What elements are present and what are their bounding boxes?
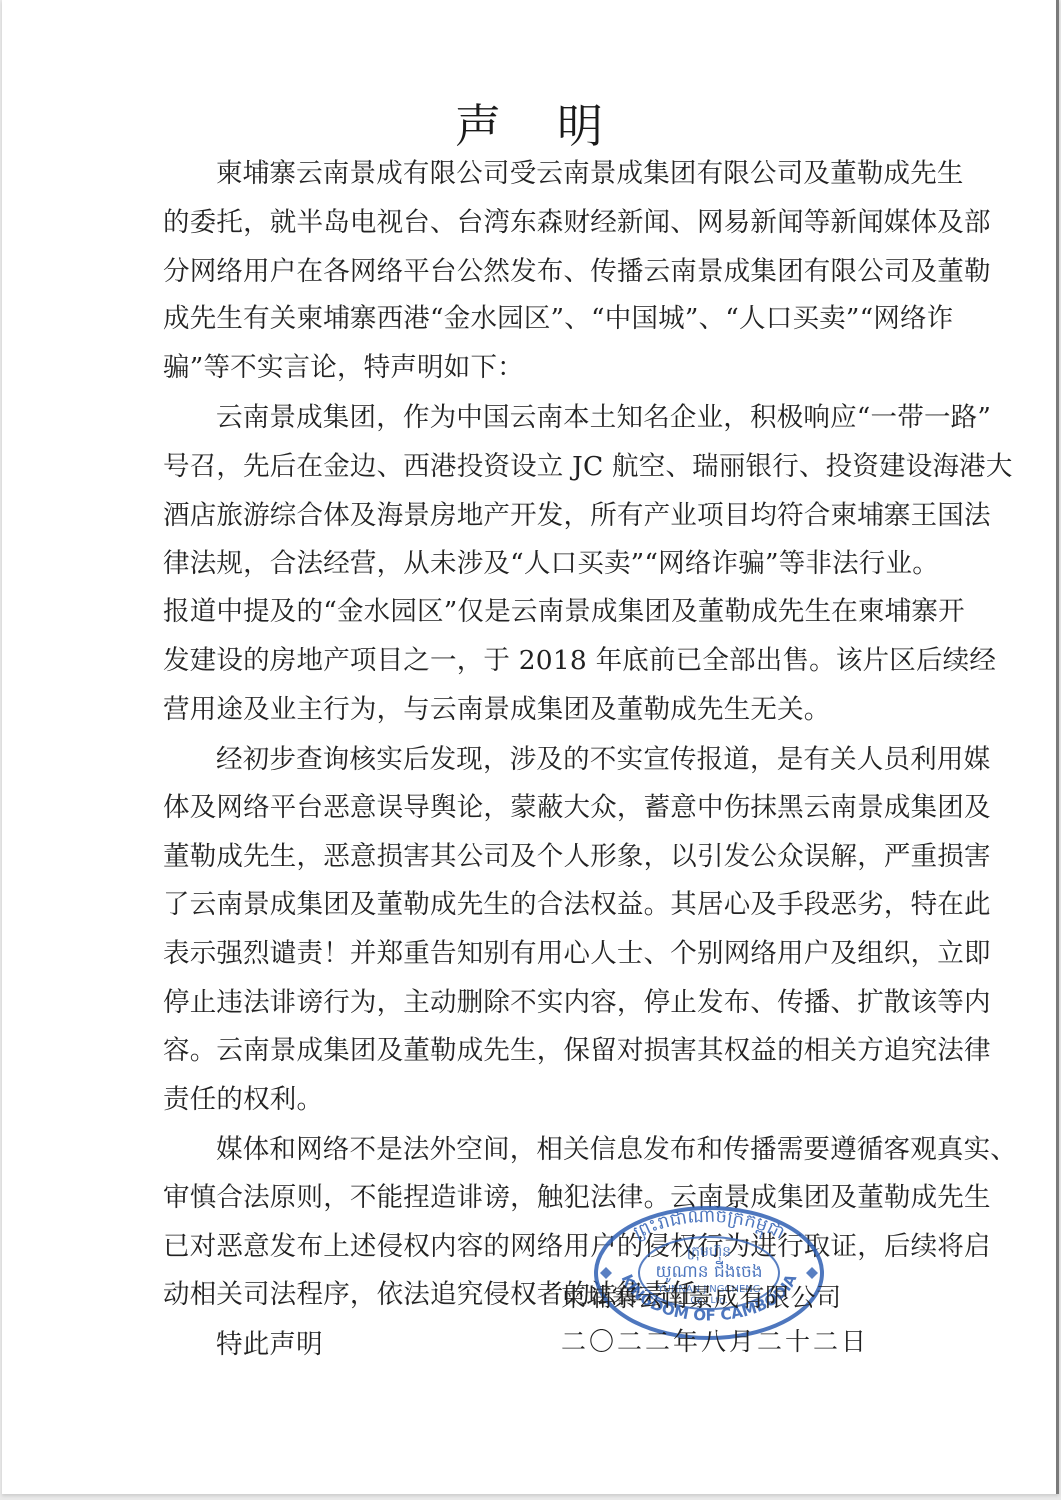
paragraph-line: 审慎合法原则，不能捏造诽谤，触犯法律。云南景成集团及董勒成先生 [163, 1178, 991, 1218]
paragraph-line: 停止违法诽谤行为，主动删除不实内容，停止发布、传播、扩散该等内 [163, 983, 991, 1023]
paragraph-line: 营用途及业主行为，与云南景成集团及董勒成先生无关。 [163, 690, 831, 730]
paragraph-line: 体及网络平台恶意误导舆论，蒙蔽大众，蓄意中伤抹黑云南景成集团及 [163, 788, 991, 828]
paragraph-line: 了云南景成集团及董勒成先生的合法权益。其居心及手段恶劣，特在此 [163, 885, 991, 925]
paragraph-first-line: 特此声明 [216, 1325, 323, 1365]
paragraph-line: 的委托，就半岛电视台、台湾东森财经新闻、网易新闻等新闻媒体及部 [163, 203, 991, 243]
signature-date: 二〇二二年八月二十二日 [561, 1322, 869, 1358]
paragraph-line: 发建设的房地产项目之一，于 2018 年底前已全部出售。该片区后续经 [163, 641, 996, 681]
paragraph-line: 骗”等不实言论，特声明如下： [163, 348, 524, 388]
paragraph-line: 容。云南景成集团及董勒成先生，保留对损害其权益的相关方追究法律 [163, 1031, 991, 1071]
document-page: 声明 柬埔寨云南景成有限公司受云南景成集团有限公司及董勒成先生的委托，就半岛电视… [2, 0, 1059, 1494]
paragraph-line: 成先生有关柬埔寨西港“金水园区”、“中国城”、“人口买卖”“网络诈 [163, 299, 953, 339]
paragraph-first-line: 云南景成集团，作为中国云南本土知名企业，积极响应“一带一路” [216, 398, 991, 438]
paragraph-line: 酒店旅游综合体及海景房地产开发，所有产业项目均符合柬埔寨王国法 [163, 496, 991, 536]
paragraph-line: 分网络用户在各网络平台公然发布、传播云南景成集团有限公司及董勒 [163, 252, 991, 292]
paragraph-line: 表示强烈谴责！并郑重告知别有用心人士、个别网络用户及组织，立即 [163, 934, 991, 974]
signature-company: 柬埔寨云南景成有限公司 [561, 1278, 842, 1314]
paragraph-first-line: 媒体和网络不是法外空间，相关信息发布和传播需要遵循客观真实、 [216, 1130, 1017, 1170]
paragraph-line: 律法规，合法经营，从未涉及“人口买卖”“网络诈骗”等非法行业。 [163, 544, 939, 584]
paragraph-line: 董勒成先生，恶意损害其公司及个人形象，以引发公众误解，严重损害 [163, 837, 991, 877]
paragraph-line: 报道中提及的“金水园区”仅是云南景成集团及董勒成先生在柬埔寨开 [163, 592, 965, 632]
paragraph-line: 责任的权利。 [163, 1080, 323, 1120]
paragraph-first-line: 经初步查询核实后发现，涉及的不实宣传报道，是有关人员利用媒 [216, 740, 990, 780]
paragraph-line: 号召，先后在金边、西港投资设立 JC 航空、瑞丽银行、投资建设海港大 [163, 447, 1013, 487]
paragraph-first-line: 柬埔寨云南景成有限公司受云南景成集团有限公司及董勒成先生 [216, 154, 964, 194]
page-title: 声明 [2, 98, 1056, 154]
paragraph-line: 已对恶意发布上述侵权内容的网络用户的侵权行为进行取证，后续将启 [163, 1227, 991, 1267]
